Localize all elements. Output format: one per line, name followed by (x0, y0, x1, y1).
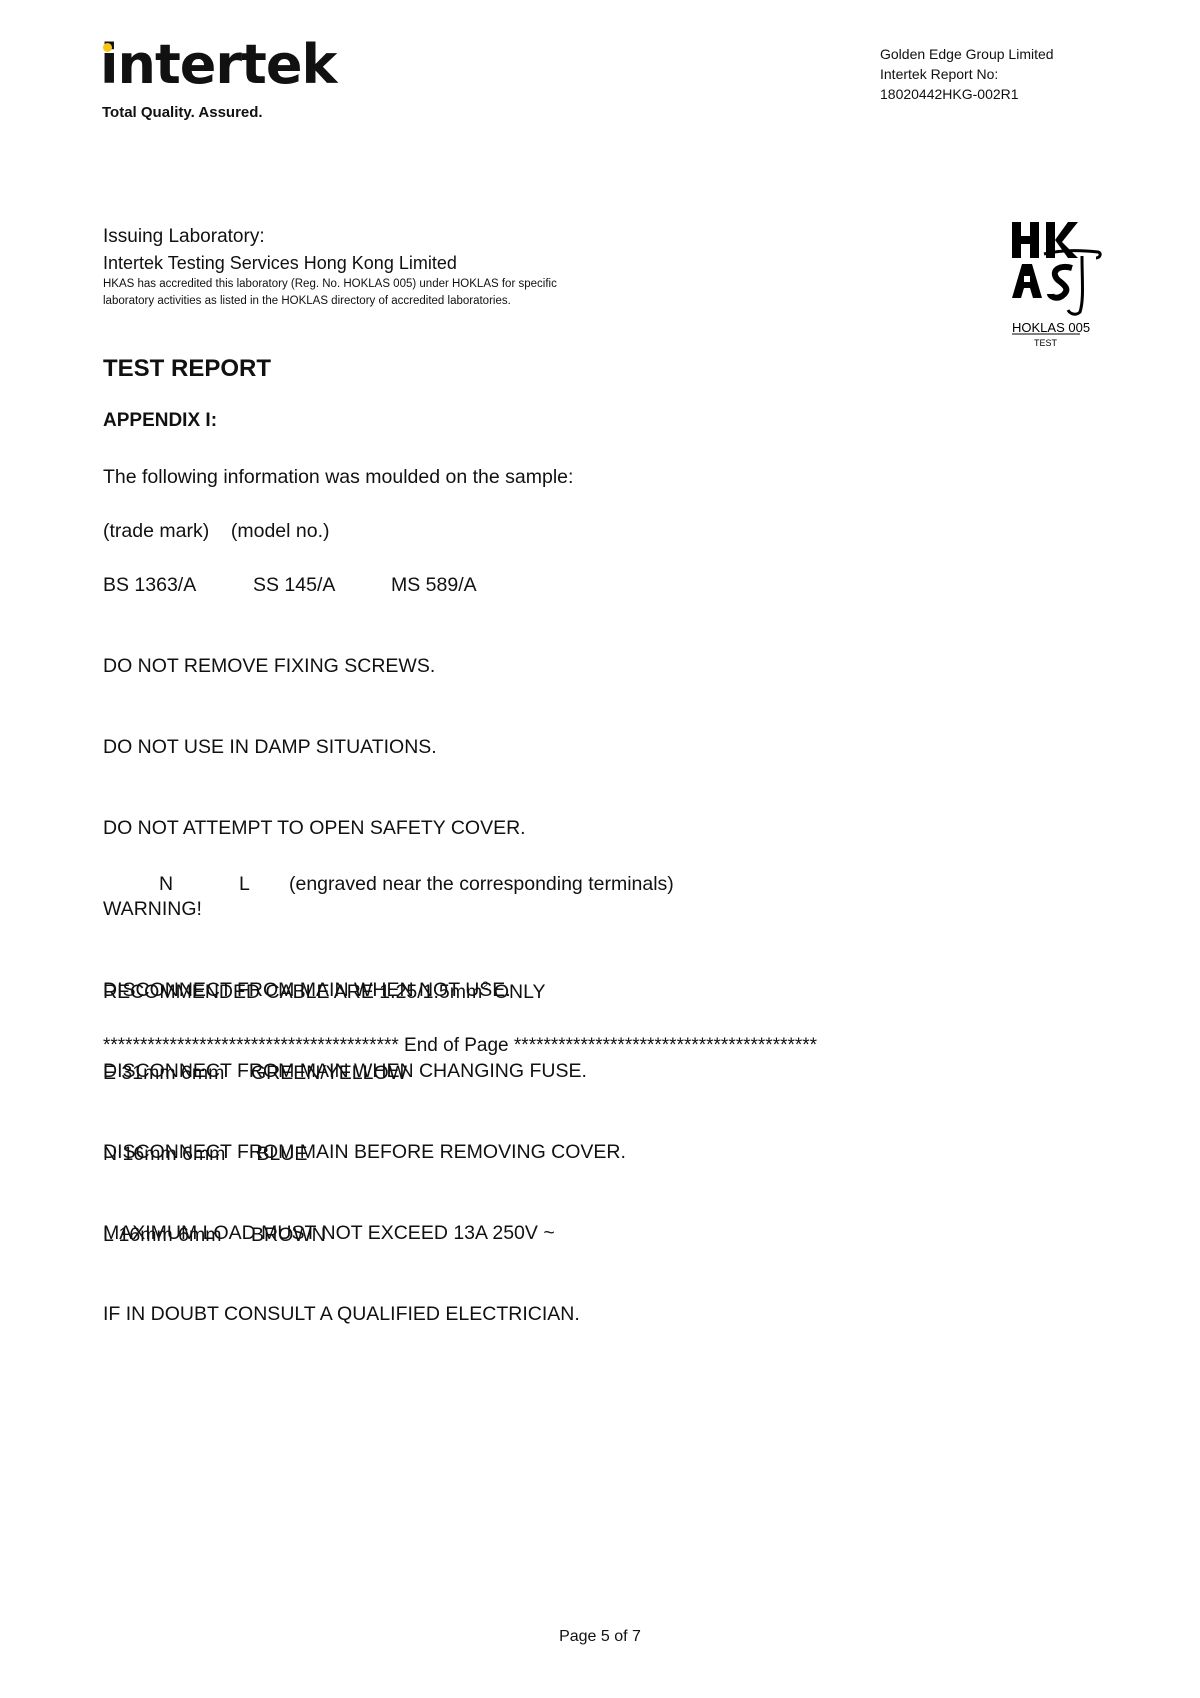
logo-wordmark: intertek (100, 38, 336, 92)
page-number: Page 5 of 7 (0, 1628, 1200, 1646)
appendix-heading: APPENDIX I: (103, 410, 217, 432)
report-number-label: Intertek Report No: (880, 64, 1054, 84)
logo-tagline: Total Quality. Assured. (102, 104, 263, 121)
marks-line: (trade mark) (model no.) (103, 518, 329, 545)
intro-text: The following information was moulded on… (103, 464, 573, 491)
svg-text:TEST: TEST (1034, 338, 1058, 348)
issuing-label: Issuing Laboratory: (103, 224, 557, 250)
cable-row: L 16mm 6mmBROWN (103, 1222, 545, 1249)
cable-spec: RECOMMENDED CABLE ARE 1.25/1.5mm2 ONLY E… (103, 925, 545, 1276)
standard-bs: BS 1363/A (103, 572, 253, 599)
client-name: Golden Edge Group Limited (880, 44, 1054, 64)
report-header: Golden Edge Group Limited Intertek Repor… (880, 44, 1054, 104)
accreditation-note-line1: HKAS has accredited this laboratory (Reg… (103, 276, 557, 293)
hkas-mark-icon: HOKLAS 005 TEST (1010, 220, 1110, 350)
terminals-note: (engraved near the corresponding termina… (289, 873, 674, 895)
warning-line: DO NOT REMOVE FIXING SCREWS. (103, 653, 626, 680)
end-of-page-marker: ****************************************… (103, 1035, 817, 1057)
model-no-label: (model no.) (231, 520, 330, 542)
terminal-n: N (159, 871, 239, 898)
standards-line: BS 1363/ASS 145/AMS 589/A (103, 572, 477, 599)
logo-dot-icon (103, 43, 112, 52)
report-number: 18020442HKG-002R1 (880, 84, 1054, 104)
warning-line: DO NOT ATTEMPT TO OPEN SAFETY COVER. (103, 815, 626, 842)
intertek-logo: intertek Total Quality. Assured. (100, 38, 340, 128)
warning-line: WARNING! (103, 896, 626, 923)
trade-mark-label: (trade mark) (103, 520, 209, 542)
warning-line: DO NOT USE IN DAMP SITUATIONS. (103, 734, 626, 761)
standard-ss: SS 145/A (253, 572, 391, 599)
hkas-accreditation-logo: HOKLAS 005 TEST (1010, 220, 1110, 350)
cable-heading: RECOMMENDED CABLE ARE 1.25/1.5mm2 ONLY (103, 979, 545, 1006)
issuing-laboratory: Issuing Laboratory: Intertek Testing Ser… (103, 224, 557, 310)
svg-text:HOKLAS 005: HOKLAS 005 (1012, 320, 1090, 335)
terminals-line: NL(engraved near the corresponding termi… (103, 871, 674, 898)
warning-line: IF IN DOUBT CONSULT A QUALIFIED ELECTRIC… (103, 1301, 626, 1328)
cable-row: N 16mm 6mm BLUE (103, 1141, 545, 1168)
terminal-l: L (239, 871, 289, 898)
accreditation-note-line2: laboratory activities as listed in the H… (103, 293, 557, 310)
laboratory-name: Intertek Testing Services Hong Kong Limi… (103, 250, 557, 276)
page-title: TEST REPORT (103, 355, 271, 383)
cable-row: E 31mm 6mmGREEN/YELLOW (103, 1060, 545, 1087)
standard-ms: MS 589/A (391, 572, 477, 599)
